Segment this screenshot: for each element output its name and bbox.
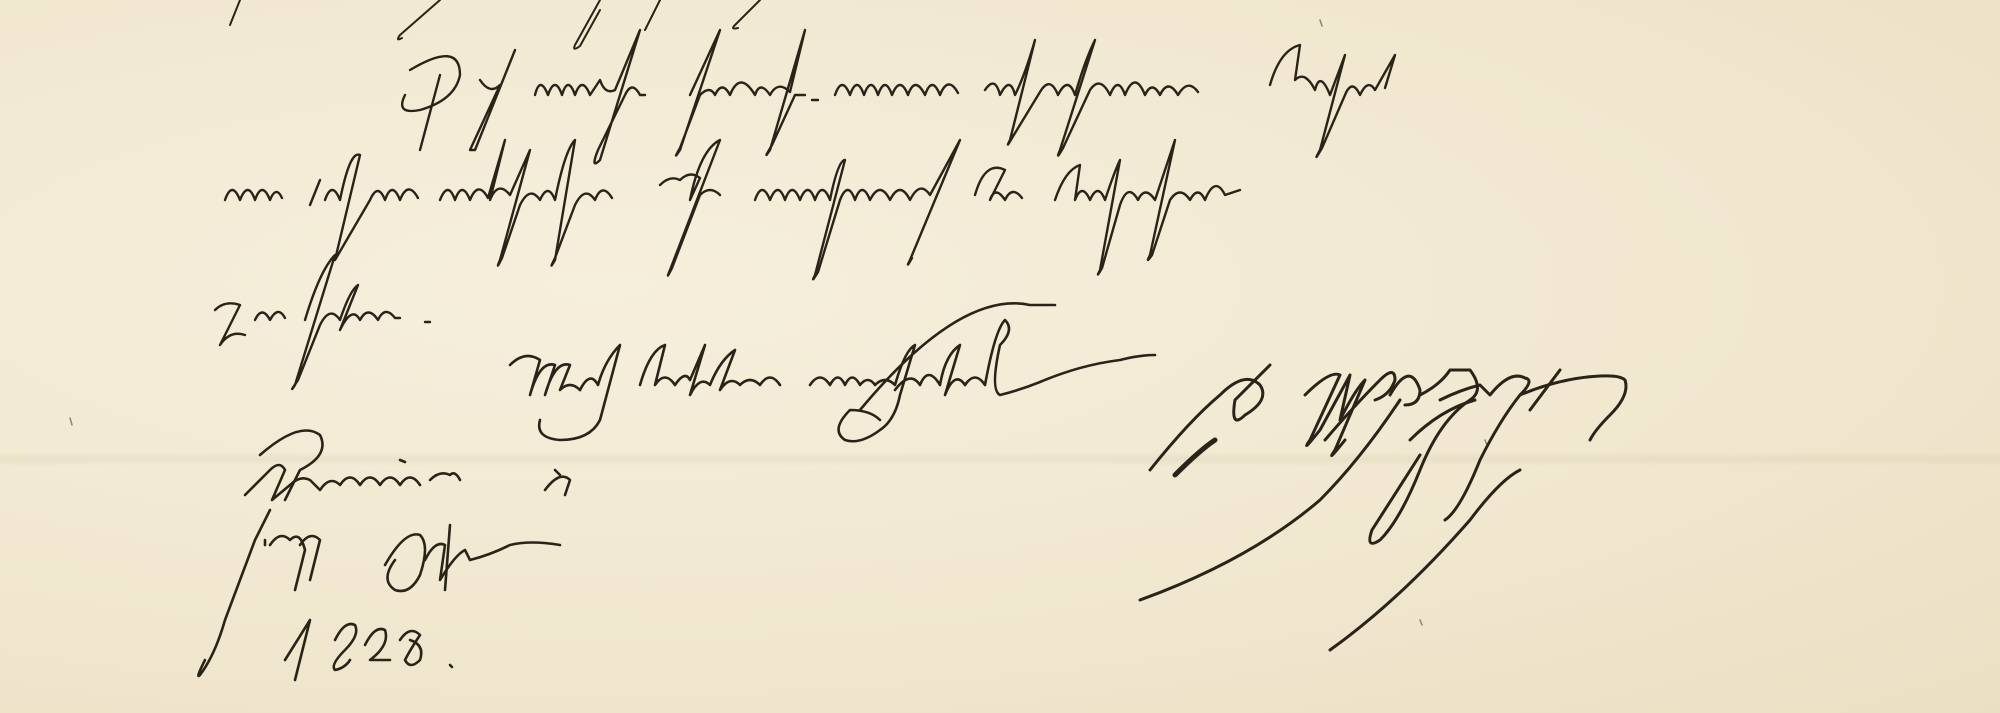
handwriting — [0, 0, 2000, 713]
closing-handwriting — [510, 303, 1155, 441]
top-descenders — [230, 0, 760, 49]
signature — [1140, 365, 1626, 650]
letter-page: Ich wünsche hierdurch meinen aufrichtige… — [0, 0, 2000, 713]
handwriting-line-3 — [215, 255, 430, 389]
handwriting-line-1 — [402, 30, 1395, 163]
place-date — [198, 431, 570, 681]
handwriting-line-2 — [225, 140, 1240, 279]
